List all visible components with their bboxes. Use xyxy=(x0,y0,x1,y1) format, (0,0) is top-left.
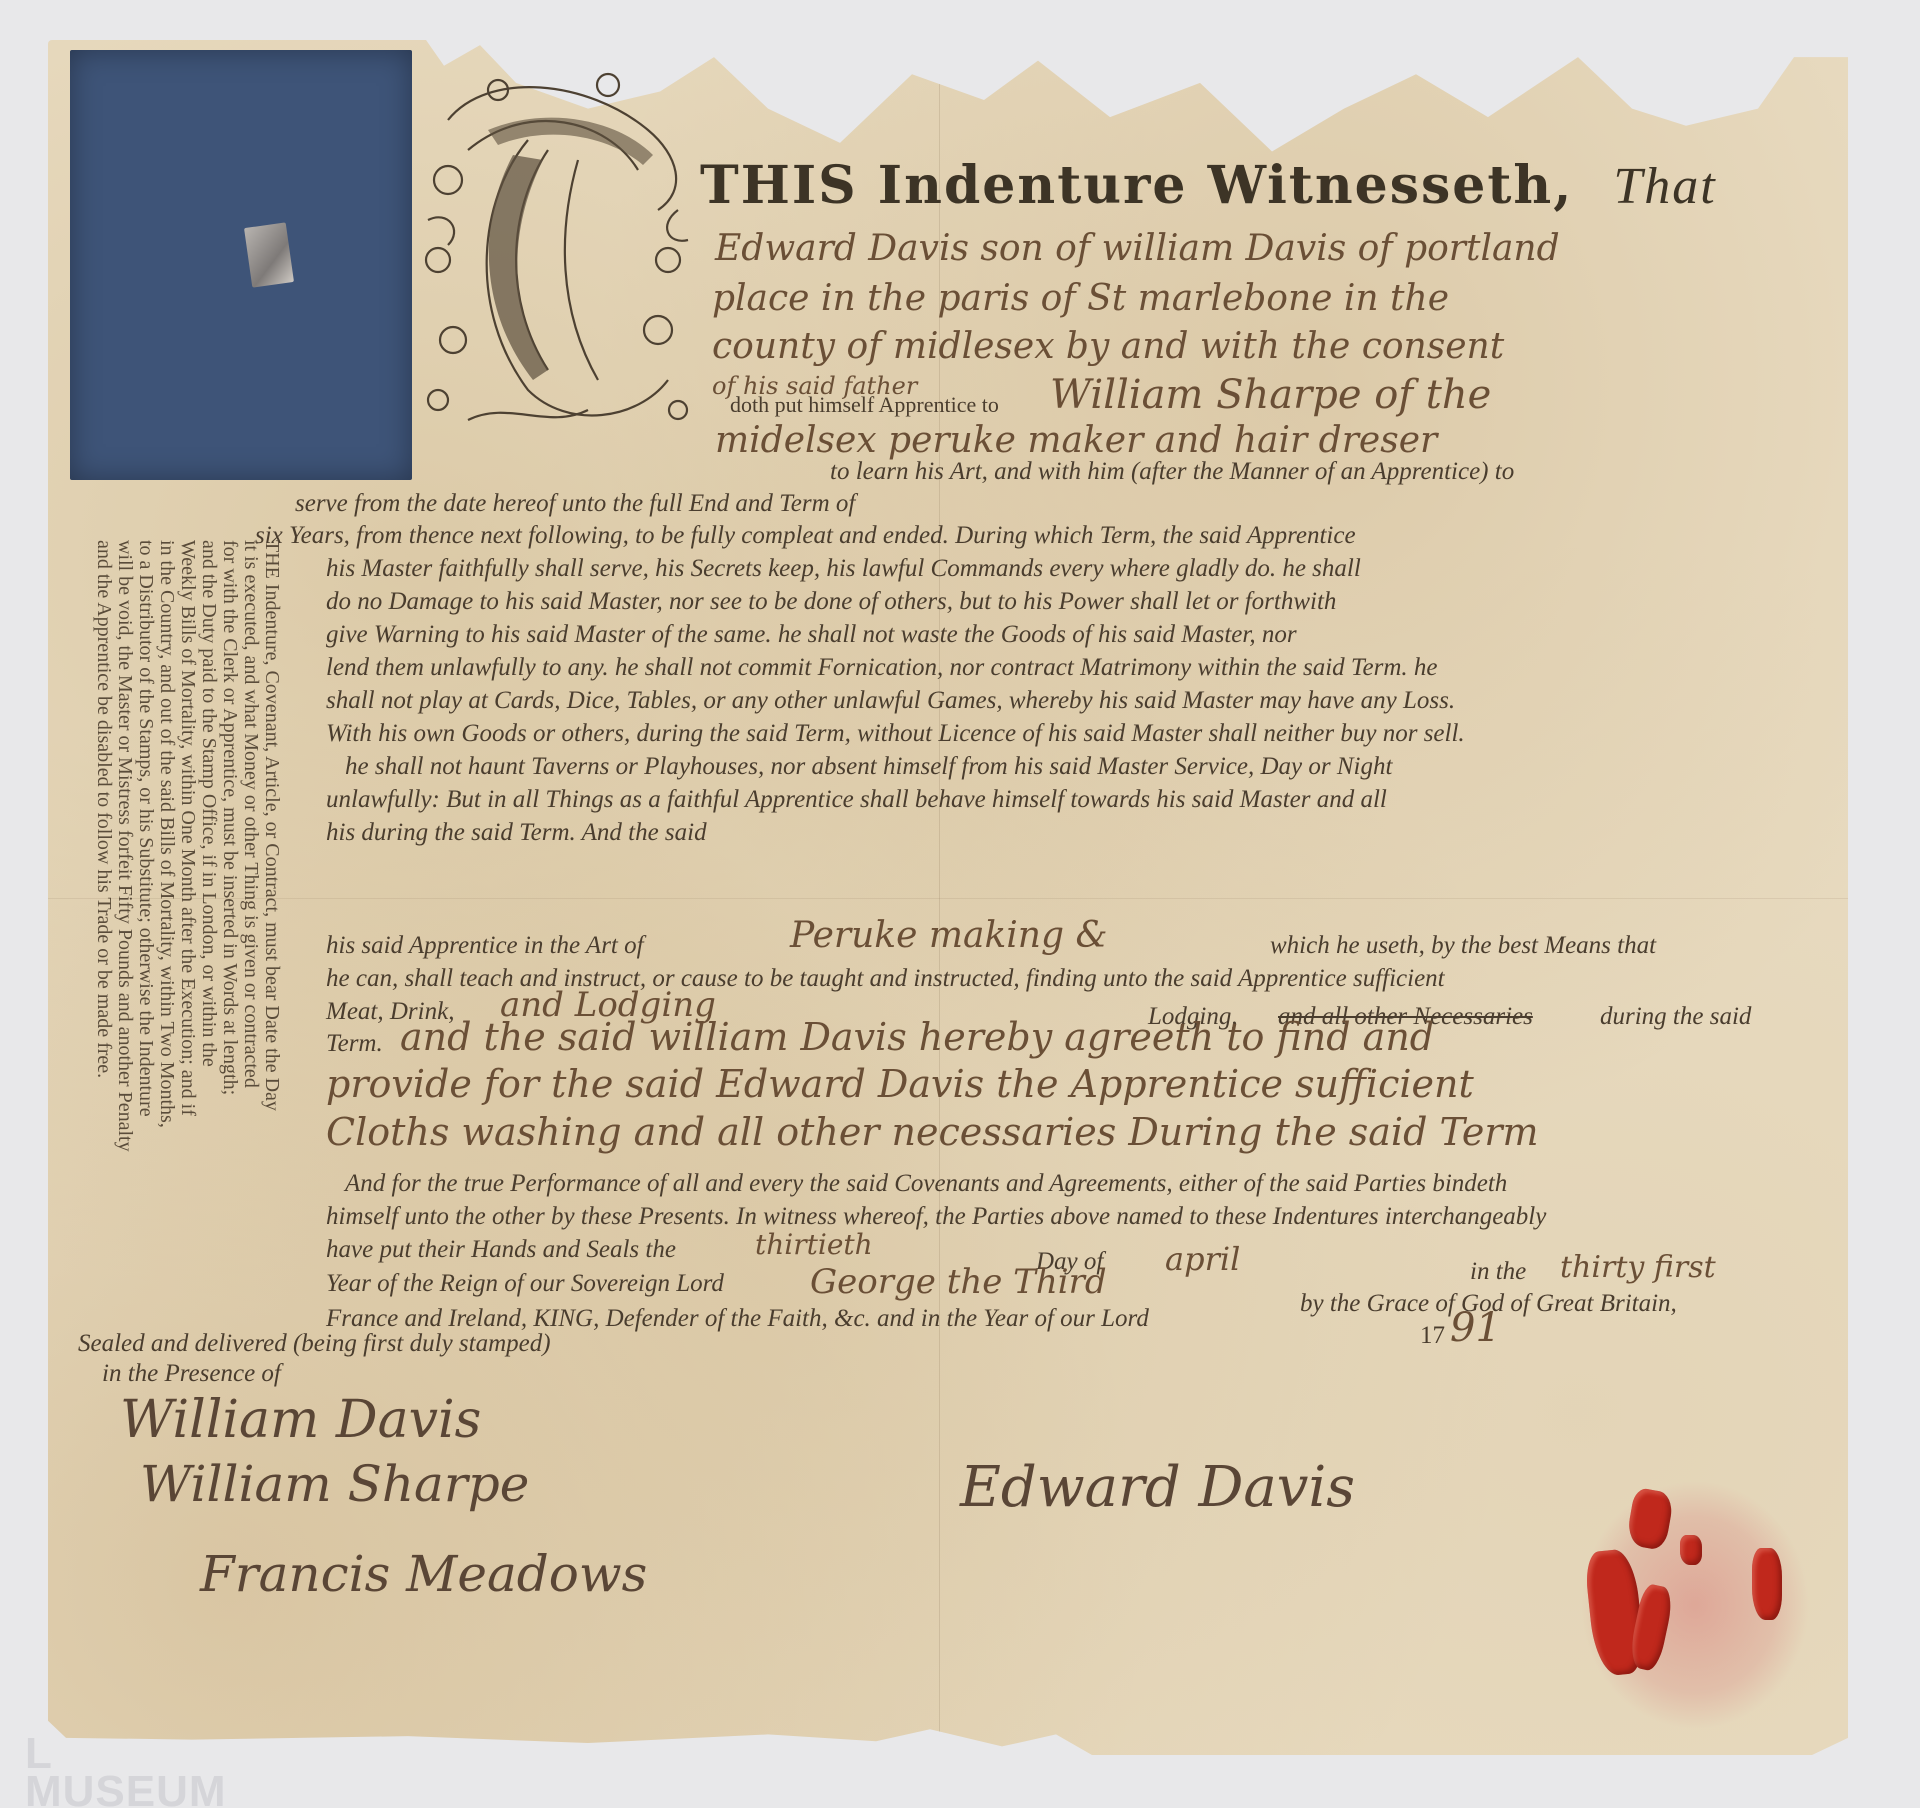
art-line-4-printed: Term. xyxy=(326,1030,383,1058)
body-line-1: to learn his Art, and with him (after th… xyxy=(830,458,1920,486)
side-notice-line: for with the Clerk or Apprentice, must b… xyxy=(219,540,240,1800)
side-notice-line: in the Country, and out of the said Bill… xyxy=(156,540,177,1800)
master-name-handwritten: William Sharpe of the xyxy=(1050,372,1491,418)
closing-line-2: himself unto the other by these Presents… xyxy=(326,1203,1786,1231)
body-line-11: unlawfully: But in all Things as a faith… xyxy=(326,786,1786,814)
decorative-initial-t-icon xyxy=(408,60,708,440)
wax-fragment xyxy=(1625,1487,1674,1551)
fold-line-horizontal xyxy=(48,898,1848,899)
heading-that: That xyxy=(1613,158,1716,215)
side-notice-line: Weekly Bills of Mortality, within One Mo… xyxy=(177,540,198,1800)
side-notice-line: THE Indenture, Covenant, Article, or Con… xyxy=(261,540,282,1800)
opening-hand-line-2: place in the paris of St marlebone in th… xyxy=(712,278,1449,319)
art-line-3-tail: during the said xyxy=(1600,1003,1751,1031)
document-heading: THIS Indenture Witnesseth,That xyxy=(700,155,1717,216)
stamp-foil-tab xyxy=(244,222,294,287)
side-notice-line: and the Duty paid to the Stamp Office, i… xyxy=(198,540,219,1800)
watermark-line-2: MUSEUM xyxy=(25,1773,227,1808)
art-handwritten: Peruke making & xyxy=(790,915,1108,956)
apprentice-printed: doth put himself Apprentice to xyxy=(730,392,999,418)
year-printed: 17 xyxy=(1420,1322,1445,1350)
heading-title: THIS Indenture Witnesseth, xyxy=(700,155,1573,216)
body-line-6: give Warning to his said Master of the s… xyxy=(326,621,1786,649)
wax-seal xyxy=(1580,1480,1810,1730)
reign-line-printed-a: Year of the Reign of our Sovereign Lord xyxy=(326,1270,724,1298)
side-notice-line: it is executed, and what Money or other … xyxy=(240,540,261,1800)
side-notice-line: and the Apprentice be disabled to follow… xyxy=(93,540,114,1800)
body-line-4: his Master faithfully shall serve, his S… xyxy=(326,555,1786,583)
body-line-7: lend them unlawfully to any. he shall no… xyxy=(326,654,1786,682)
year-handwritten: 91 xyxy=(1450,1305,1501,1351)
opening-hand-line-3: county of midlesex by and with the conse… xyxy=(712,326,1504,367)
hand-clause-3: Cloths washing and all other necessaries… xyxy=(326,1110,1539,1154)
wax-fragment xyxy=(1752,1548,1782,1620)
body-line-2: serve from the date hereof unto the full… xyxy=(295,490,1755,518)
side-notice-line: will be void, the Master or Mistress for… xyxy=(114,540,135,1800)
body-line-3: six Years, from thence next following, t… xyxy=(255,522,1715,550)
body-line-5: do no Damage to his said Master, nor see… xyxy=(326,588,1786,616)
hand-clause-1: and the said william Davis hereby agreet… xyxy=(400,1015,1434,1059)
art-line-end: which he useth, by the best Means that xyxy=(1270,932,1656,960)
side-notice-line: to a Distributor of the Stamps, or his S… xyxy=(135,540,156,1800)
blue-tax-stamp xyxy=(70,50,412,480)
king-handwritten: George the Third xyxy=(810,1262,1107,1302)
body-line-8: shall not play at Cards, Dice, Tables, o… xyxy=(326,687,1786,715)
body-line-9: With his own Goods or others, during the… xyxy=(326,720,1786,748)
date-line-printed-c: in the xyxy=(1470,1258,1526,1286)
wax-fragment xyxy=(1680,1535,1702,1565)
day-handwritten: thirtieth xyxy=(755,1228,873,1261)
apprentice-signature: Edward Davis xyxy=(960,1455,1355,1520)
art-line-printed: his said Apprentice in the Art of xyxy=(326,932,644,960)
body-line-10: he shall not haunt Taverns or Playhouses… xyxy=(345,753,1805,781)
stamp-duty-side-notice: THE Indenture, Covenant, Article, or Con… xyxy=(92,540,282,1800)
date-line-printed-a: have put their Hands and Seals the xyxy=(326,1236,676,1264)
regnal-year-handwritten: thirty first xyxy=(1560,1250,1716,1285)
hand-clause-2: provide for the said Edward Davis the Ap… xyxy=(326,1062,1474,1106)
museum-watermark: L MUSEUM xyxy=(25,1735,227,1808)
closing-line-1: And for the true Performance of all and … xyxy=(345,1170,1805,1198)
master-occupation-handwritten: midelsex peruke maker and hair dreser xyxy=(715,420,1437,461)
opening-hand-line-1: Edward Davis son of william Davis of por… xyxy=(715,228,1560,269)
month-handwritten: april xyxy=(1165,1240,1240,1278)
body-line-12: his during the said Term. And the said xyxy=(326,819,1786,847)
king-line-printed: France and Ireland, KING, Defender of th… xyxy=(326,1305,1149,1333)
